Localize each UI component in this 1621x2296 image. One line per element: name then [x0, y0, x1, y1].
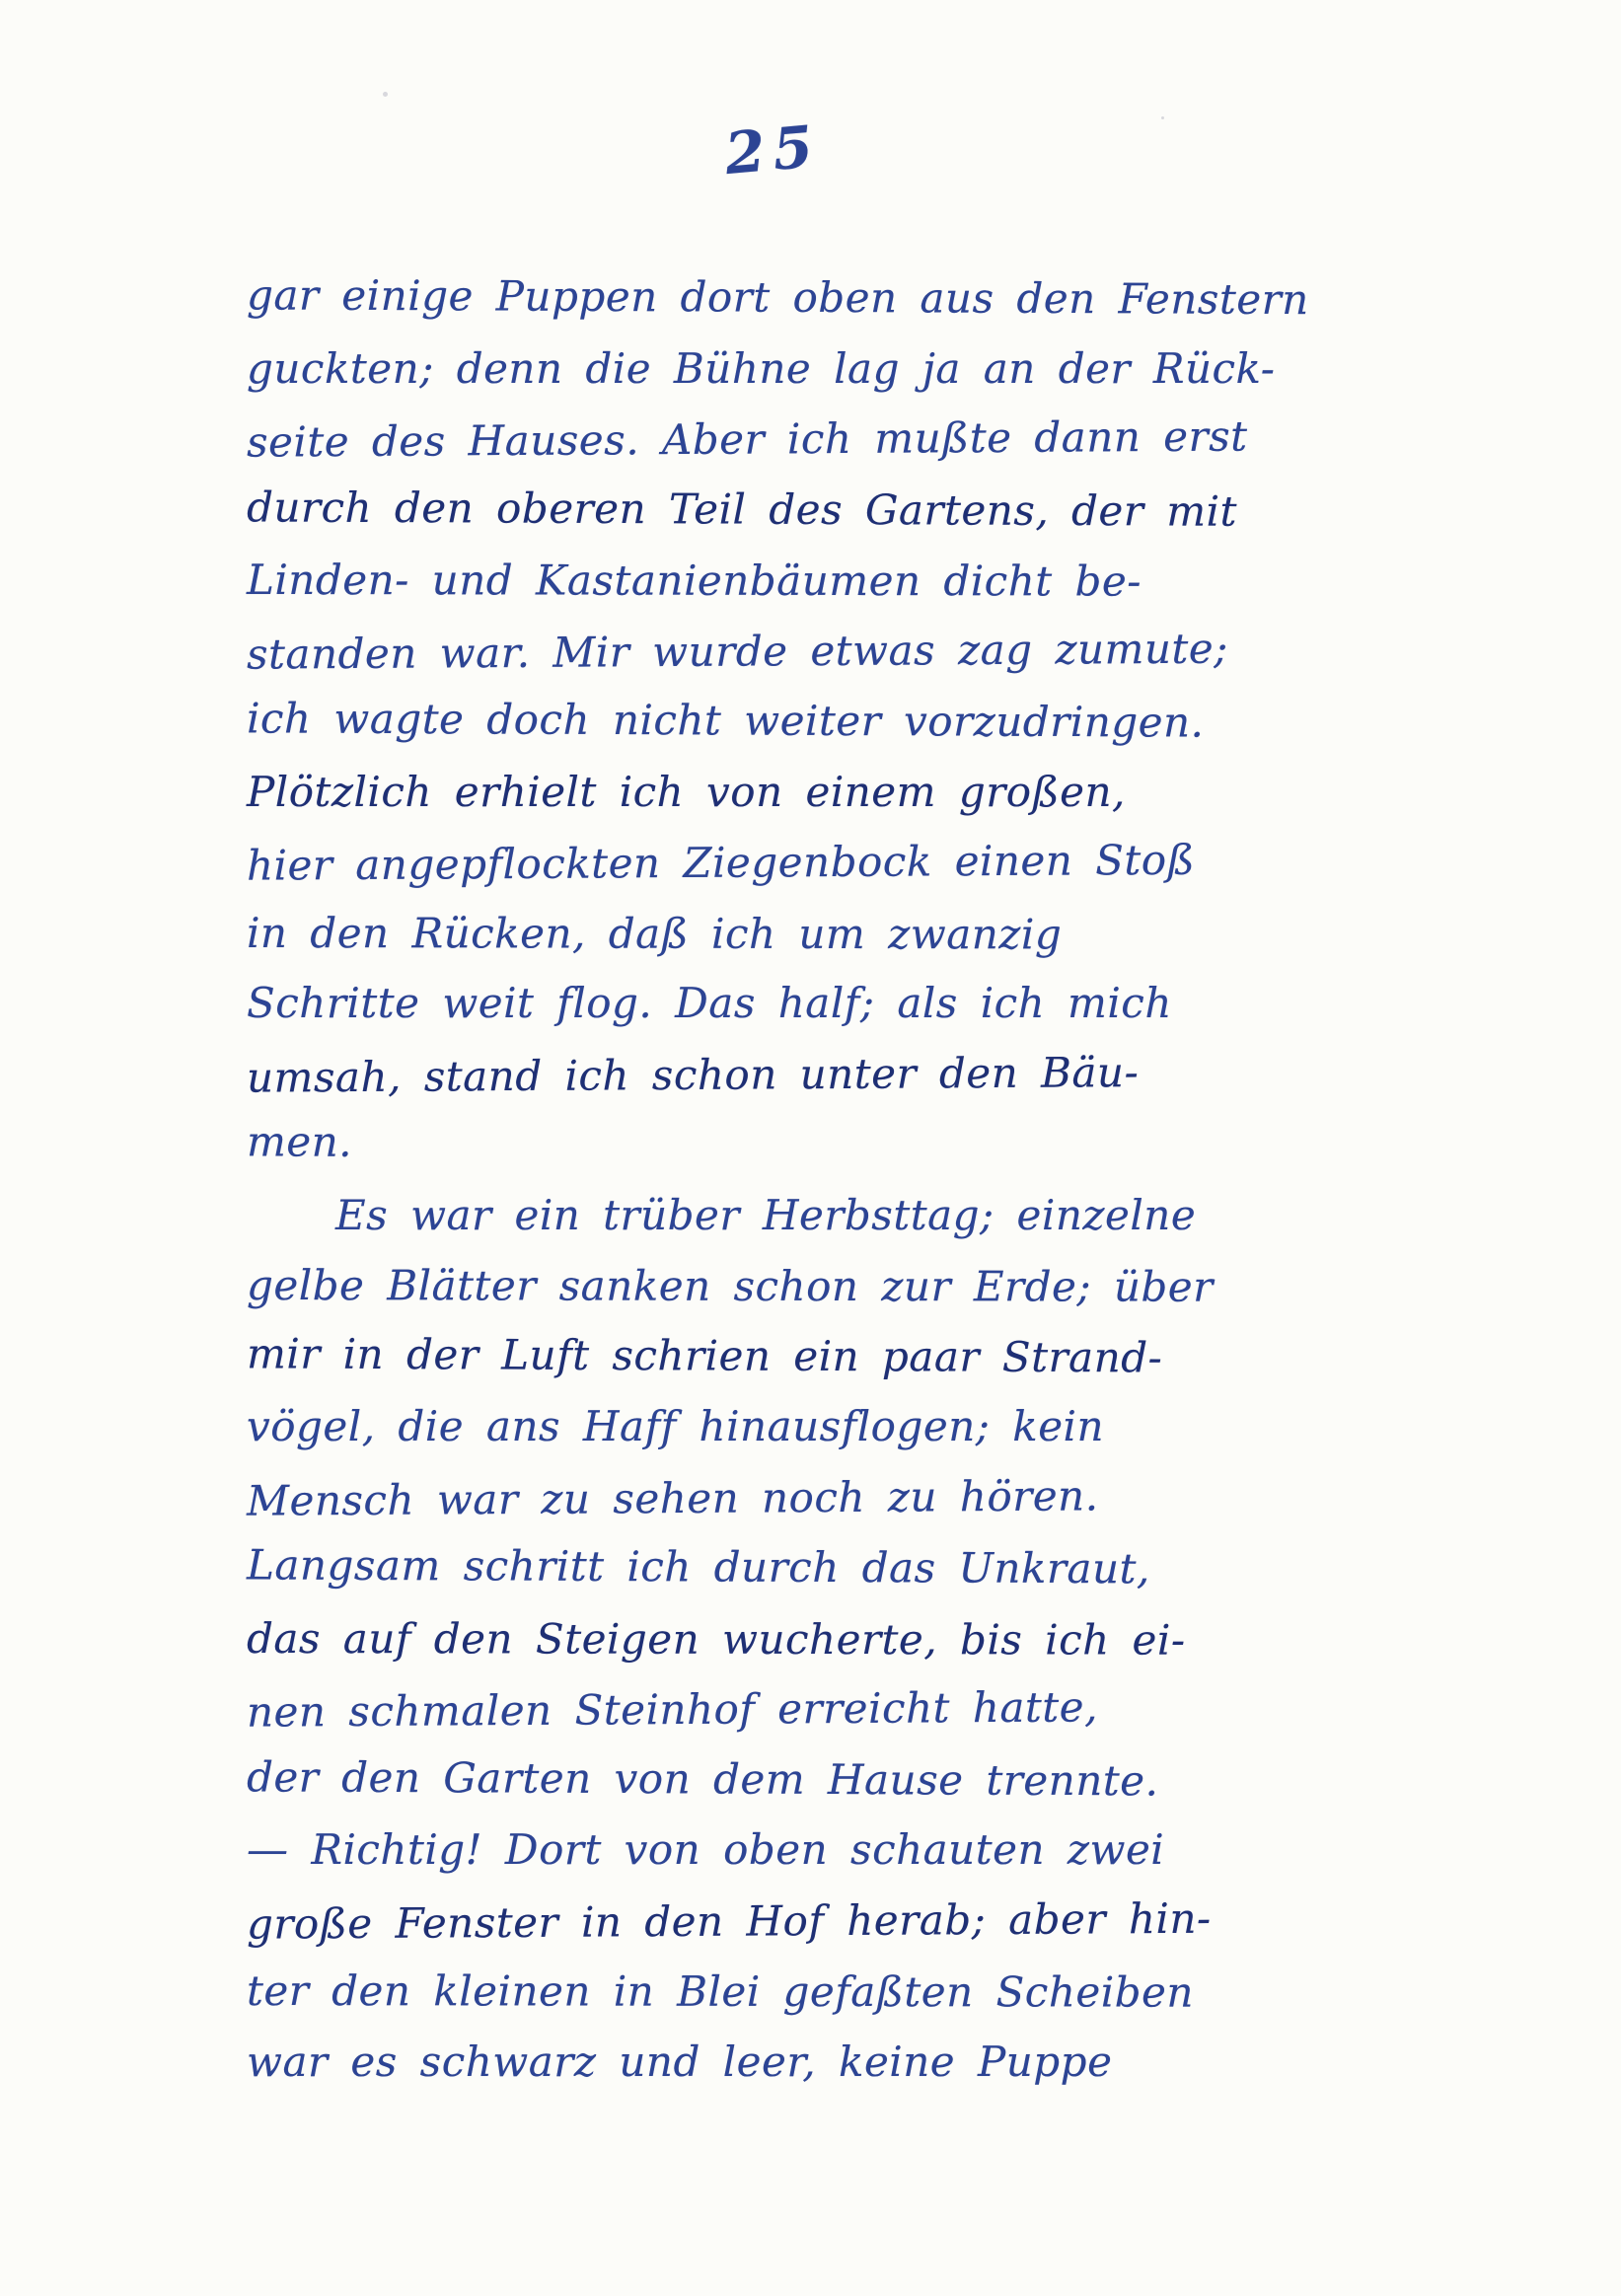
page-number: 25 [722, 112, 823, 187]
handwritten-line: standen war. Mir wurde etwas zag zumute; [247, 612, 1431, 690]
handwritten-line: hier angepflockten Ziegenbock einen Stoß [247, 823, 1431, 901]
handwritten-line: Schritte weit flog. Das half; als ich mi… [247, 968, 1431, 1039]
handwritten-line: seite des Hauses. Aber ich mußte dann er… [247, 400, 1431, 478]
handwritten-line: ich wagte doch nicht weiter vorzudringen… [247, 683, 1431, 759]
handwritten-line: umsah, stand ich schon unter den Bäu- [247, 1035, 1431, 1113]
manuscript-page: 25 gar einige Puppen dort oben aus den F… [0, 0, 1621, 2296]
scan-speck [1161, 116, 1164, 119]
handwritten-line-paragraph-start: Es war ein trüber Herbsttag; einzelne [247, 1180, 1431, 1251]
handwritten-line: vögel, die ans Haff hinausflogen; kein [247, 1391, 1431, 1462]
handwritten-line: Linden- und Kastanienbäumen dicht be- [247, 545, 1431, 618]
handwritten-line: der den Garten von dem Hause trennte. [247, 1741, 1431, 1817]
manuscript-text: gar einige Puppen dort oben aus den Fens… [247, 262, 1431, 2097]
handwritten-line: große Fenster in den Hof herab; aber hin… [247, 1882, 1431, 1960]
handwritten-line: gelbe Blätter sanken schon zur Erde; übe… [247, 1250, 1431, 1323]
handwritten-line: durch den oberen Teil des Gartens, der m… [247, 472, 1431, 548]
handwritten-line: gar einige Puppen dort oben aus den Fens… [247, 259, 1431, 335]
handwritten-line: guckten; denn die Bühne lag ja an der Rü… [247, 333, 1431, 405]
handwritten-line: war es schwarz und leer, keine Puppe [247, 2027, 1431, 2098]
handwritten-line: das auf den Steigen wucherte, bis ich ei… [247, 1602, 1431, 1675]
handwritten-line: — Richtig! Dort von oben schauten zwei [247, 1815, 1431, 1886]
handwritten-line: men. [247, 1106, 1431, 1182]
handwritten-line: in den Rücken, daß ich um zwanzig [247, 897, 1431, 970]
handwritten-line: mir in der Luft schrien ein paar Strand- [247, 1318, 1431, 1394]
handwritten-line: Mensch war zu sehen noch zu hören. [247, 1458, 1431, 1536]
handwritten-line: Langsam schritt ich durch das Unkraut, [247, 1529, 1431, 1605]
handwritten-line: nen schmalen Steinhof erreicht hatte, [247, 1669, 1431, 1747]
handwritten-line: Plötzlich erhielt ich von einem großen, [247, 757, 1431, 828]
handwritten-line: ter den kleinen in Blei gefaßten Scheibe… [247, 1956, 1431, 2029]
scan-speck [383, 92, 388, 97]
